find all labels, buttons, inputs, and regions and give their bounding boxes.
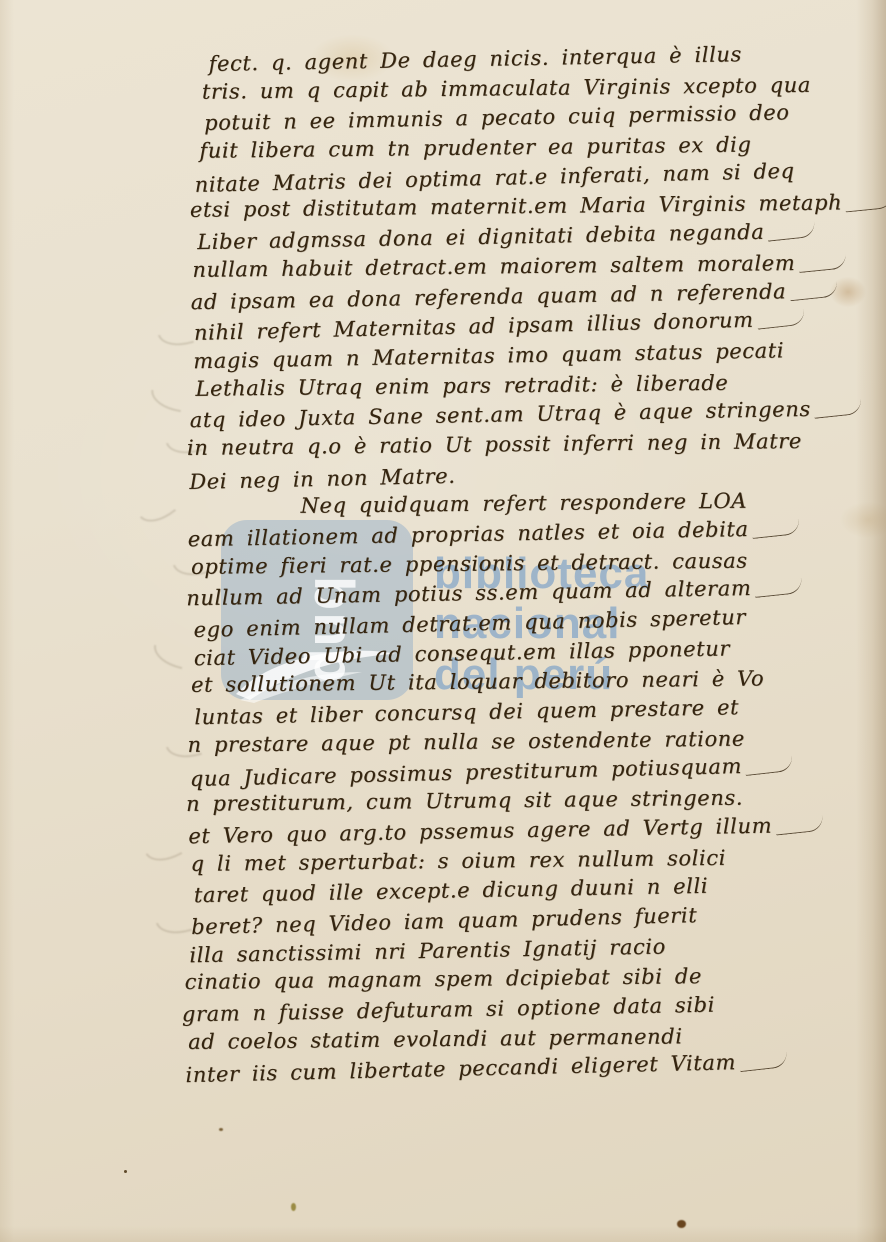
ghost-mark — [156, 913, 192, 940]
paper-speck — [124, 1170, 127, 1173]
ghost-mark — [146, 838, 183, 870]
paper-speck — [677, 1220, 686, 1228]
paper-speck — [291, 1203, 296, 1211]
manuscript-text-block: fect. q. agent De daeg nicis. interqua è… — [200, 41, 869, 1086]
ghost-mark — [158, 325, 194, 352]
paper-speck — [219, 1128, 223, 1131]
ghost-mark — [149, 390, 183, 412]
manuscript-page-scan: bnp biblioteca nacional del perú fect. q… — [0, 0, 886, 1242]
ghost-mark — [140, 497, 176, 531]
ghost-mark — [150, 645, 185, 669]
